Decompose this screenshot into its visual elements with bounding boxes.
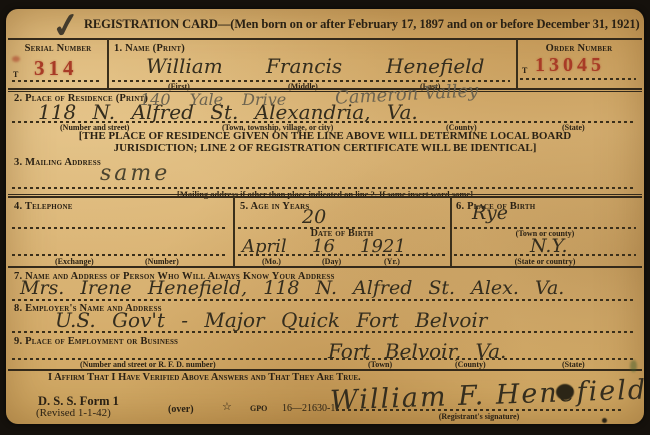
green-mark	[630, 360, 637, 372]
over-label: (over)	[168, 404, 194, 415]
signature-sublabel: (Registrant's signature)	[336, 412, 622, 421]
order-number-value: 13045	[535, 54, 605, 77]
telephone-exchange-sublabel: (Exchange)	[55, 257, 94, 266]
serial-number-label: Serial Number	[10, 43, 106, 54]
order-prefix: T	[522, 66, 527, 75]
employment-label: 9. Place of Employment or Business	[14, 336, 178, 347]
jurisdiction-notice-line1: [THE PLACE OF RESIDENCE GIVEN ON THE LIN…	[0, 130, 650, 142]
star-icon: ☆	[222, 400, 232, 413]
contact-handwriting: Mrs. Irene Henefield, 118 N. Alfred St. …	[20, 277, 564, 299]
registration-card-scan: ✓ REGISTRATION CARD—(Men born on or afte…	[0, 0, 650, 435]
birth-state-sublabel: (State or country)	[454, 257, 636, 266]
name-middle-handwriting: Francis	[266, 54, 342, 78]
card-title: REGISTRATION CARD—(Men born on or after …	[84, 17, 640, 32]
affirmation-text: I Affirm That I Have Verified Above Answ…	[48, 372, 361, 383]
ink-dot	[602, 418, 607, 423]
mailing-label: 3. Mailing Address	[14, 157, 101, 168]
jurisdiction-notice-line2: JURISDICTION; LINE 2 OF REGISTRATION CER…	[0, 142, 650, 154]
red-smudge	[12, 56, 20, 62]
employment-street-sublabel: (Number and street or R. F. D. number)	[80, 360, 216, 369]
age-label: 5. Age in Years	[240, 201, 310, 212]
employment-state-sublabel: (State)	[562, 360, 585, 369]
telephone-label: 4. Telephone	[14, 201, 73, 212]
name-label: 1. Name (Print)	[114, 43, 185, 54]
name-first-handwriting: William	[146, 54, 223, 78]
serial-prefix: T	[13, 70, 18, 79]
dob-day-sublabel: (Day)	[322, 257, 341, 266]
name-last-handwriting: Henefield	[386, 54, 484, 78]
mailing-handwriting: same	[100, 161, 170, 186]
form-revision: (Revised 1-1-42)	[36, 407, 111, 419]
gpo-label: GPO	[250, 404, 267, 413]
birth-town-handwriting: Rye	[472, 202, 508, 224]
order-number-label: Order Number	[518, 43, 640, 54]
dob-yr-sublabel: (Yr.)	[384, 257, 400, 266]
employment-town-sublabel: (Town)	[368, 360, 392, 369]
print-code: 16—21630-1	[282, 403, 335, 414]
ink-blot	[556, 384, 574, 400]
employer-handwriting: U.S. Gov't - Major Quick Fort Belvoir	[55, 308, 487, 332]
employment-county-sublabel: (County)	[455, 360, 486, 369]
serial-number-value: 314	[34, 56, 78, 81]
handwritten-checkmark-icon: ✓	[49, 4, 83, 48]
telephone-number-sublabel: (Number)	[145, 257, 179, 266]
age-handwriting: 20	[302, 206, 326, 228]
dob-mo-sublabel: (Mo.)	[262, 257, 281, 266]
